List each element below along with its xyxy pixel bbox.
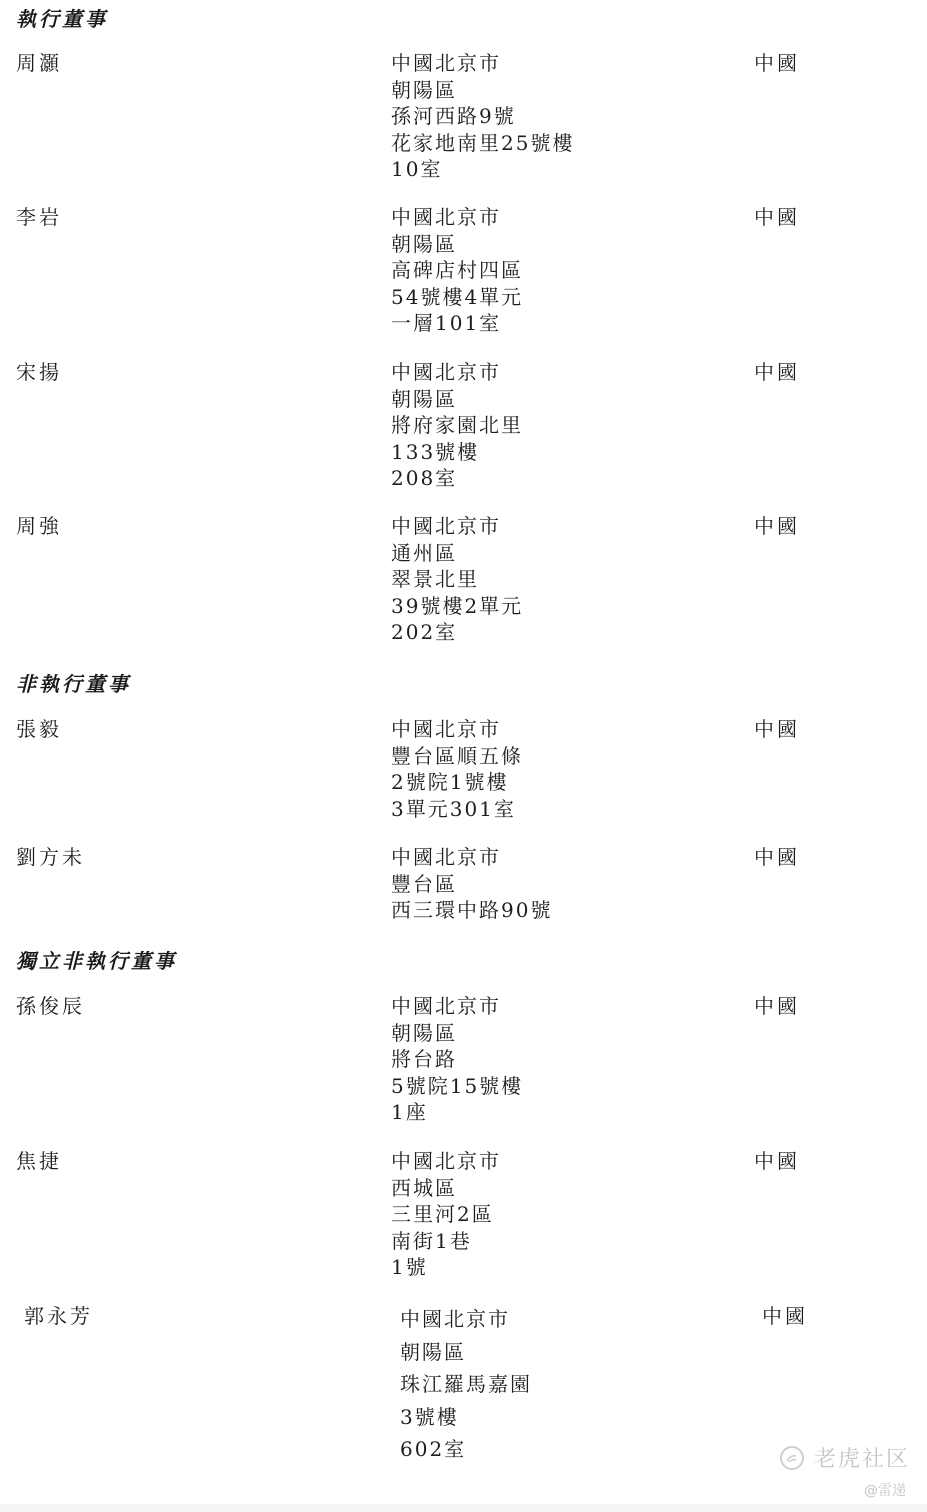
address-line: 孫河西路9號: [391, 103, 574, 130]
address-line: 翠景北里: [391, 566, 523, 593]
address-line: 中國北京市: [391, 513, 523, 540]
address-line: 602室: [400, 1433, 532, 1466]
director-address: 中國北京市 通州區 翠景北里 39號樓2單元 202室: [391, 513, 523, 646]
address-line: 朝陽區: [391, 77, 574, 104]
address-line: 珠江羅馬嘉園: [400, 1368, 532, 1401]
address-line: 南街1巷: [391, 1228, 501, 1255]
director-name: 宋揚: [16, 359, 62, 386]
director-nationality: 中國: [754, 844, 800, 871]
section-heading-independent-non-executive-directors: 獨立非執行董事: [16, 945, 177, 974]
address-line: 中國北京市: [391, 993, 523, 1020]
director-nationality: 中國: [754, 716, 800, 743]
address-line: 208室: [391, 465, 523, 492]
director-nationality: 中國: [754, 513, 800, 540]
director-nationality: 中國: [754, 359, 800, 386]
director-name: 李岩: [16, 204, 62, 231]
address-line: 西三環中路90號: [391, 897, 552, 924]
director-address: 中國北京市 朝陽區 珠江羅馬嘉園 3號樓 602室: [400, 1303, 532, 1466]
address-line: 中國北京市: [391, 359, 523, 386]
address-line: 中國北京市: [400, 1303, 532, 1336]
director-nationality: 中國: [754, 1148, 800, 1175]
address-line: 豐台區: [391, 871, 552, 898]
director-nationality: 中國: [762, 1303, 808, 1330]
address-line: 3單元301室: [391, 796, 523, 823]
director-nationality: 中國: [754, 50, 800, 77]
director-name: 張毅: [16, 716, 62, 743]
watermark-author: @雷递: [864, 1480, 906, 1500]
address-line: 1號: [391, 1254, 501, 1281]
address-line: 將台路: [391, 1046, 523, 1073]
address-line: 豐台區順五條: [391, 743, 523, 770]
director-name: 郭永芳: [24, 1303, 93, 1330]
address-line: 中國北京市: [391, 716, 523, 743]
address-line: 將府家園北里: [391, 412, 523, 439]
address-line: 三里河2區: [391, 1201, 501, 1228]
address-line: 花家地南里25號樓: [391, 130, 574, 157]
director-name: 劉方未: [16, 844, 85, 871]
watermark-brand: 老虎社区: [814, 1442, 910, 1473]
address-line: 3號樓: [400, 1401, 532, 1434]
section-heading-executive-directors: 執行董事: [16, 3, 108, 32]
director-address: 中國北京市 朝陽區 高碑店村四區 54號樓4單元 一層101室: [391, 204, 523, 337]
section-heading-non-executive-directors: 非執行董事: [16, 668, 131, 697]
director-nationality: 中國: [754, 993, 800, 1020]
director-address: 中國北京市 豐台區 西三環中路90號: [391, 844, 552, 924]
address-line: 39號樓2單元: [391, 593, 523, 620]
address-line: 朝陽區: [391, 1020, 523, 1047]
address-line: 朝陽區: [391, 231, 523, 258]
director-address: 中國北京市 西城區 三里河2區 南街1巷 1號: [391, 1148, 501, 1281]
director-name: 孫俊辰: [16, 993, 85, 1020]
tiger-community-logo-icon: [780, 1446, 804, 1470]
director-name: 周強: [16, 513, 62, 540]
director-address: 中國北京市 朝陽區 孫河西路9號 花家地南里25號樓 10室: [391, 50, 574, 183]
director-name: 周灝: [16, 50, 62, 77]
address-line: 朝陽區: [391, 386, 523, 413]
director-address: 中國北京市 朝陽區 將府家園北里 133號樓 208室: [391, 359, 523, 492]
address-line: 中國北京市: [391, 50, 574, 77]
address-line: 202室: [391, 619, 523, 646]
address-line: 5號院15號樓: [391, 1073, 523, 1100]
bottom-strip: [0, 1504, 927, 1512]
address-line: 通州區: [391, 540, 523, 567]
address-line: 10室: [391, 156, 574, 183]
address-line: 1座: [391, 1099, 523, 1126]
address-line: 朝陽區: [400, 1336, 532, 1369]
director-address: 中國北京市 朝陽區 將台路 5號院15號樓 1座: [391, 993, 523, 1126]
address-line: 2號院1號樓: [391, 769, 523, 796]
address-line: 中國北京市: [391, 844, 552, 871]
director-address: 中國北京市 豐台區順五條 2號院1號樓 3單元301室: [391, 716, 523, 822]
address-line: 133號樓: [391, 439, 523, 466]
director-nationality: 中國: [754, 204, 800, 231]
address-line: 54號樓4單元: [391, 284, 523, 311]
address-line: 中國北京市: [391, 204, 523, 231]
address-line: 中國北京市: [391, 1148, 501, 1175]
address-line: 高碑店村四區: [391, 257, 523, 284]
address-line: 西城區: [391, 1175, 501, 1202]
director-name: 焦捷: [16, 1148, 62, 1175]
address-line: 一層101室: [391, 310, 523, 337]
